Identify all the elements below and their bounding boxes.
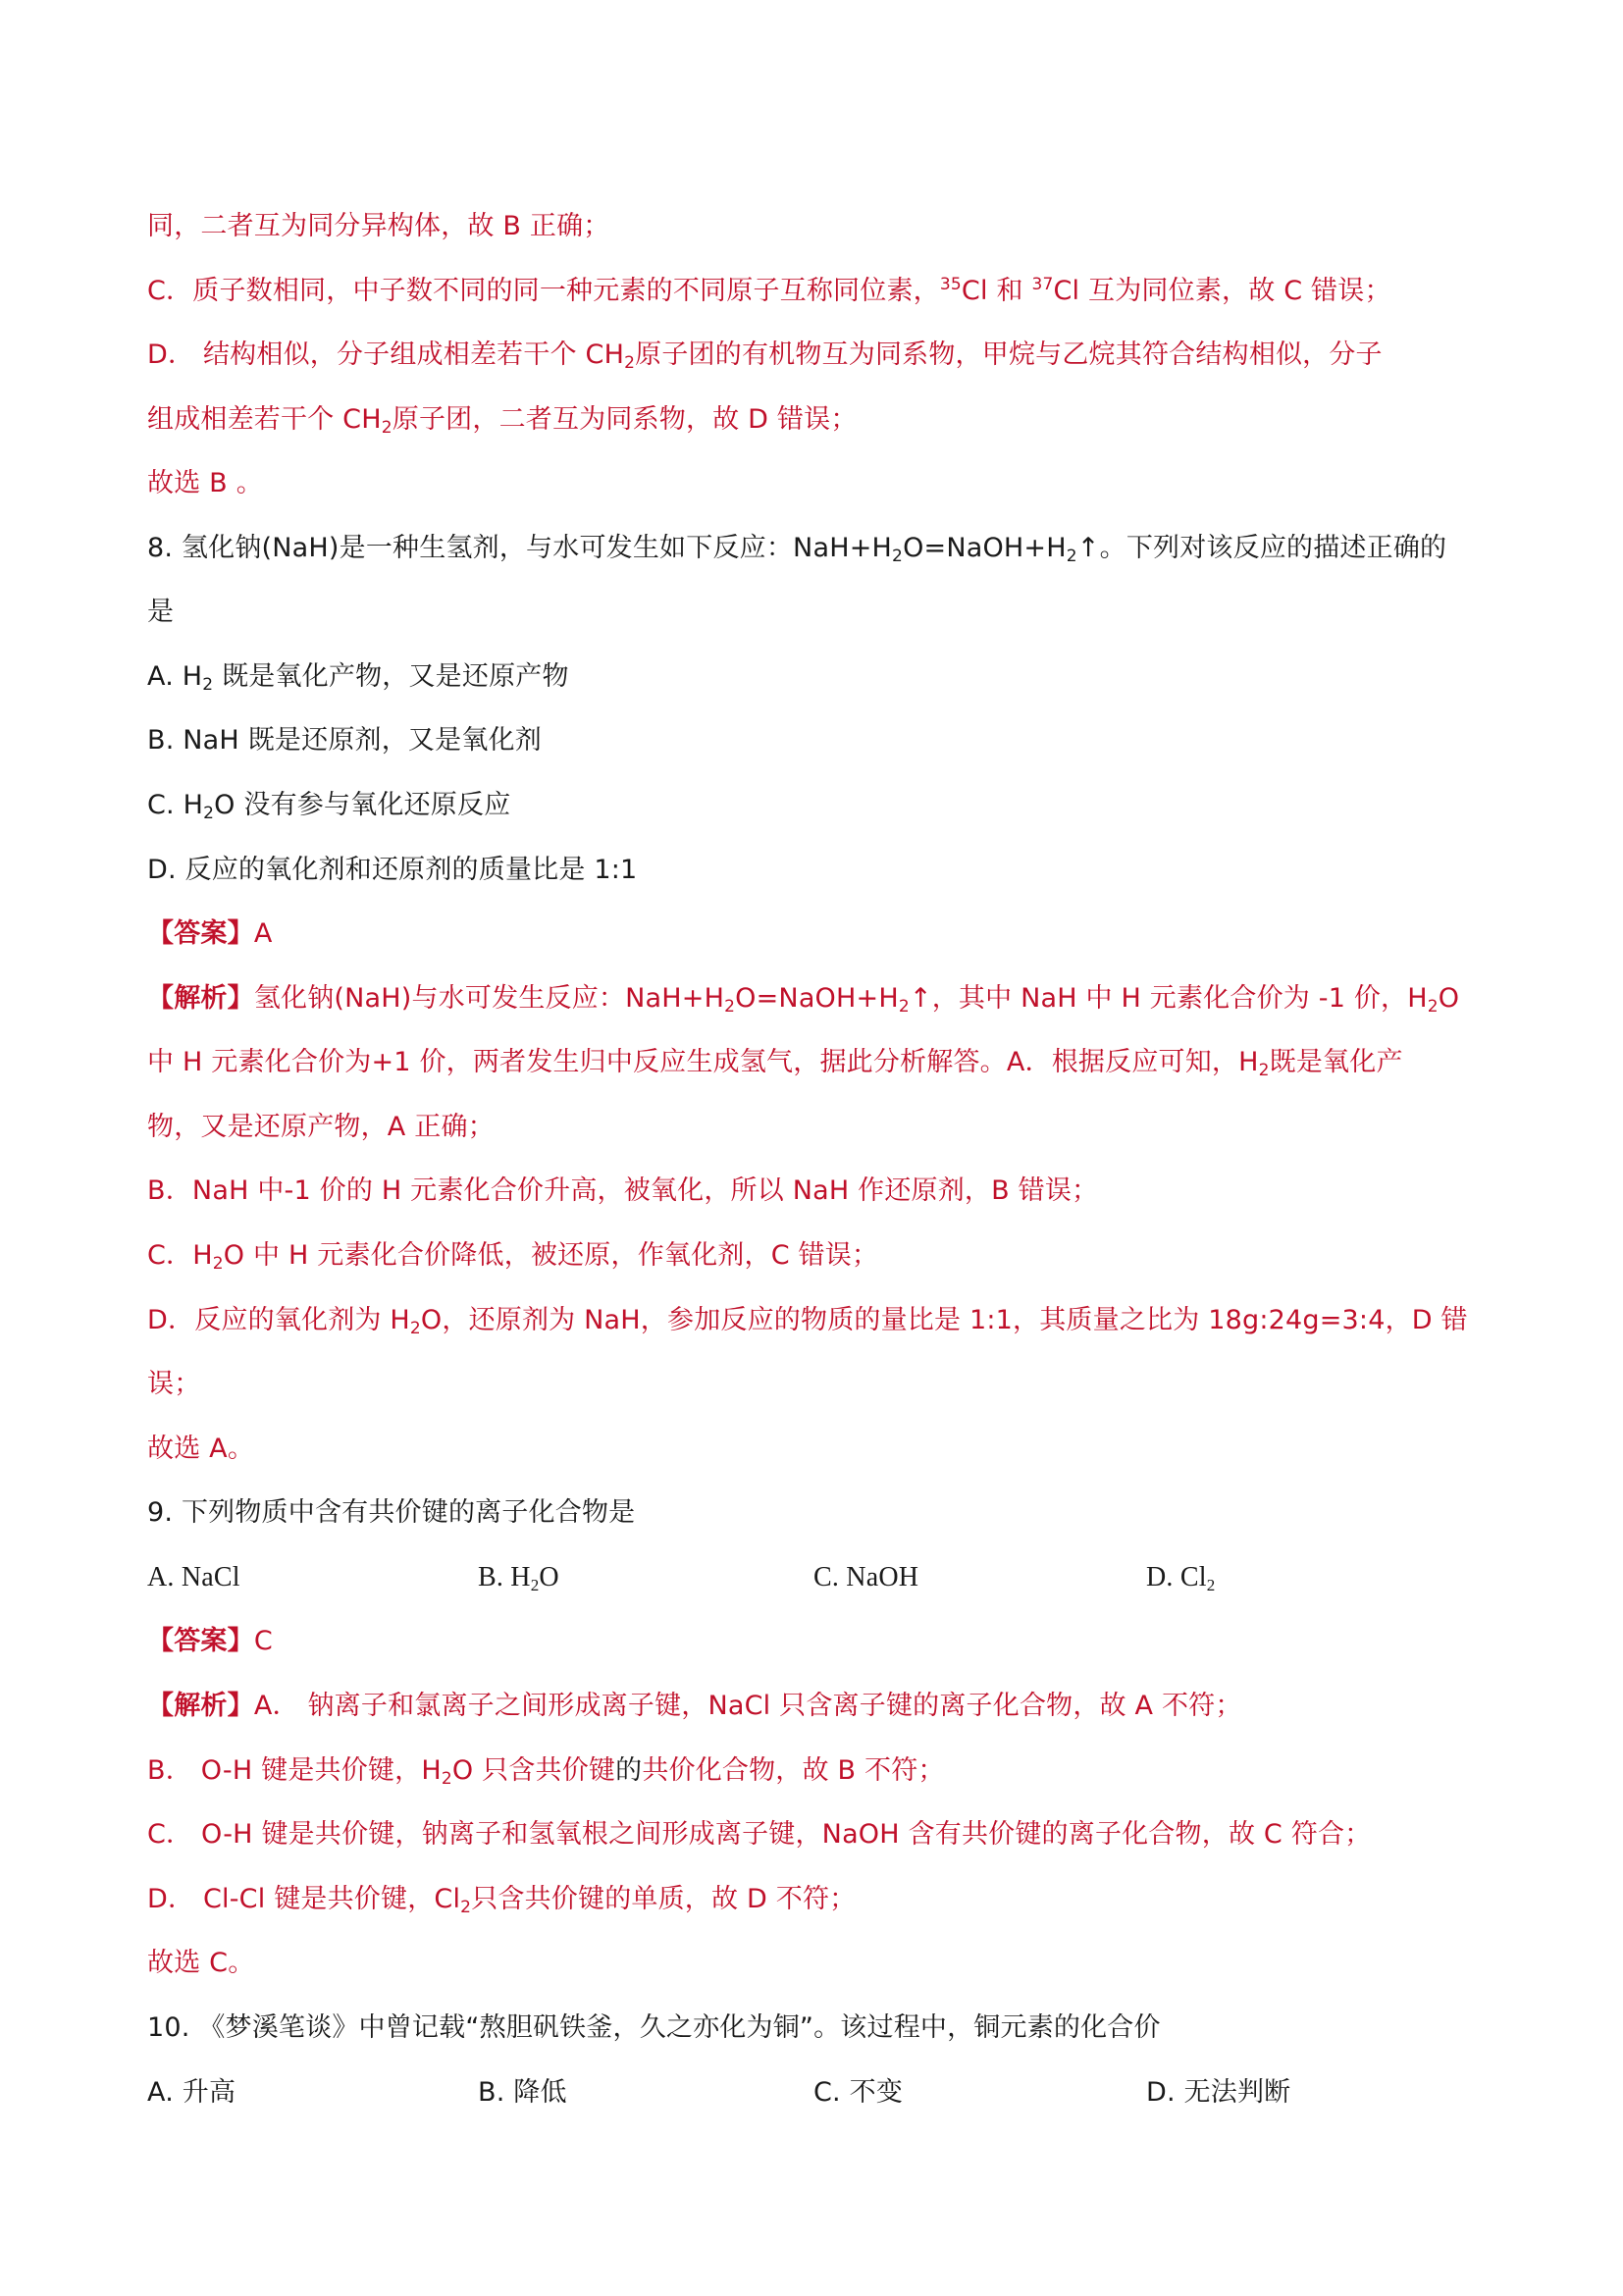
analysis-text: 既是氧化产 — [1270, 1047, 1403, 1077]
q7-text: 故选 B 。 — [147, 468, 263, 498]
q8-stem: 8. 氢化钠(NaH)是一种生氢剂，与水可发生如下反应：NaH+H2O=NaOH… — [147, 532, 1446, 565]
analysis-text: O — [1439, 983, 1459, 1014]
answer-label: 【答案】 — [147, 918, 254, 949]
q9-stem-text: 9. 下列物质中含有共价键的离子化合物是 — [147, 1497, 635, 1528]
q7-conclusion: 故选 B 。 — [147, 467, 263, 500]
analysis-text: 共价化合物，故 B 不符； — [642, 1755, 944, 1786]
analysis-text: O，还原剂为 NaH，参加反应的物质的量比是 1:1，其质量之比为 18g:24… — [421, 1305, 1468, 1335]
analysis-text: 故选 A。 — [147, 1434, 254, 1464]
subscript: 2 — [202, 675, 213, 695]
q8-option-b: B. NaH 既是还原剂，又是氧化剂 — [147, 724, 542, 757]
q10-options: A. 升高 B. 降低 C. 不变 D. 无法判断 — [0, 2076, 1623, 2110]
subscript: 2 — [1067, 547, 1077, 566]
q8-option-c: C. H2O 没有参与氧化还原反应 — [147, 789, 510, 822]
option-text: B. NaH 既是还原剂，又是氧化剂 — [147, 725, 542, 756]
q8-analysis-b: B．NaH 中-1 价的 H 元素化合价升高，被氧化，所以 NaH 作还原剂，B… — [147, 1174, 1098, 1208]
q9-options: A. NaCl B. H2O C. NaOH D. Cl2 — [0, 1561, 1623, 1594]
answer-value: C — [254, 1626, 273, 1656]
q7-option-c-explanation: C．质子数相同，中子数不同的同一种元素的不同原子互称同位素，35Cl 和 37C… — [147, 275, 1391, 308]
subscript: 2 — [724, 997, 735, 1017]
analysis-text: O 中 H 元素化合价降低，被还原，作氧化剂，C 错误； — [224, 1240, 878, 1271]
subscript: 2 — [410, 1319, 421, 1338]
analysis-text: O 只含共价键 — [452, 1755, 615, 1786]
q8-stem-text: O=NaOH+H — [903, 533, 1067, 563]
document-page: 同，二者互为同分异构体，故 B 正确； C．质子数相同，中子数不同的同一种元素的… — [0, 0, 1623, 2296]
q9-answer: 【答案】C — [147, 1625, 273, 1658]
q7-text: 组成相差若干个 CH — [147, 404, 382, 435]
subscript: 2 — [1259, 1061, 1270, 1080]
q10-stem: 10. 《梦溪笔谈》中曾记载“熬胆矾铁釜，久之亦化为铜”。该过程中，铜元素的化合… — [147, 2011, 1161, 2045]
analysis-text: ↑，其中 NaH 中 H 元素化合价为 -1 价，H — [910, 983, 1428, 1014]
q10-option-c: C. 不变 — [813, 2076, 903, 2110]
subscript: 2 — [624, 353, 635, 373]
q10-option-a: A. 升高 — [147, 2076, 236, 2110]
analysis-text: 中 H 元素化合价为+1 价，两者发生归中反应生成氢气，据此分析解答。A．根据反… — [147, 1047, 1259, 1077]
analysis-text: A． 钠离子和氯离子之间形成离子键，NaCl 只含离子键的离子化合物，故 A 不… — [254, 1691, 1242, 1721]
q9-analysis-c: C． O-H 键是共价键，钠离子和氢氧根之间形成离子键，NaOH 含有共价键的离… — [147, 1818, 1371, 1852]
q8-analysis-cont: 中 H 元素化合价为+1 价，两者发生归中反应生成氢气，据此分析解答。A．根据反… — [147, 1046, 1403, 1079]
q8-analysis-d-cont: 误； — [147, 1368, 200, 1401]
q8-conclusion: 故选 A。 — [147, 1433, 254, 1466]
q9-analysis-d: D． Cl-Cl 键是共价键，Cl2只含共价键的单质，故 D 不符； — [147, 1883, 856, 1916]
subscript: 2 — [213, 1254, 224, 1274]
q10-option-d: D. 无法判断 — [1146, 2076, 1290, 2110]
analysis-label: 【解析】 — [147, 983, 254, 1014]
q9-option-a: A. NaCl — [147, 1561, 240, 1594]
q7-option-d-explanation-cont: 组成相差若干个 CH2原子团，二者互为同系物，故 D 错误； — [147, 403, 858, 437]
q9-option-b: B. H2O — [478, 1561, 559, 1594]
isotope-mass: 35 — [940, 275, 962, 294]
analysis-text: O=NaOH+H — [735, 983, 899, 1014]
q8-option-d: D. 反应的氧化剂和还原剂的质量比是 1:1 — [147, 854, 637, 887]
analysis-text: 氢化钠(NaH)与水可发生反应：NaH+H — [254, 983, 724, 1014]
q8-answer: 【答案】A — [147, 917, 272, 951]
q8-stem-cont: 是 — [147, 596, 174, 629]
subscript: 2 — [382, 418, 393, 438]
q8-stem-text: 是 — [147, 597, 174, 627]
q10-option-b: B. 降低 — [478, 2076, 567, 2110]
option-text: A. H — [147, 661, 202, 692]
q9-analysis: 【解析】A． 钠离子和氯离子之间形成离子键，NaCl 只含离子键的离子化合物，故… — [147, 1690, 1242, 1723]
option-text: O 没有参与氧化还原反应 — [214, 790, 510, 820]
subscript: 2 — [460, 1898, 471, 1917]
option-text: 既是氧化产物，又是还原产物 — [213, 661, 568, 692]
q8-analysis-a: 物，又是还原产物，A 正确； — [147, 1111, 495, 1144]
q8-analysis-d: D．反应的氧化剂为 H2O，还原剂为 NaH，参加反应的物质的量比是 1:1，其… — [147, 1304, 1468, 1337]
q7-text: D． 结构相似，分子组成相差若干个 CH — [147, 339, 624, 370]
q9-option-d: D. Cl2 — [1146, 1561, 1215, 1594]
subscript: 2 — [1207, 1576, 1216, 1594]
analysis-text: 物，又是还原产物，A 正确； — [147, 1112, 495, 1142]
subscript: 2 — [892, 547, 903, 566]
q8-stem-text: ↑。下列对该反应的描述正确的 — [1077, 533, 1446, 563]
q10-stem-text: 10. 《梦溪笔谈》中曾记载“熬胆矾铁釜，久之亦化为铜”。该过程中，铜元素的化合… — [147, 2012, 1161, 2043]
q8-analysis-c: C．H2O 中 H 元素化合价降低，被还原，作氧化剂，C 错误； — [147, 1239, 878, 1273]
option-text: D. Cl — [1146, 1562, 1207, 1592]
q9-option-c: C. NaOH — [813, 1561, 918, 1594]
analysis-text: B． O-H 键是共价键，H — [147, 1755, 442, 1786]
analysis-text: 只含共价键的单质，故 D 不符； — [471, 1884, 856, 1914]
q8-option-a: A. H2 既是氧化产物，又是还原产物 — [147, 660, 569, 694]
q9-analysis-b: B． O-H 键是共价键，H2O 只含共价键的共价化合物，故 B 不符； — [147, 1754, 945, 1788]
analysis-label: 【解析】 — [147, 1691, 254, 1721]
option-text: O — [539, 1562, 558, 1592]
q7-text: Cl 互为同位素，故 C 错误； — [1053, 276, 1390, 306]
analysis-text: 误； — [147, 1369, 200, 1399]
q7-text: 原子团，二者互为同系物，故 D 错误； — [393, 404, 858, 435]
subscript: 2 — [1428, 997, 1439, 1017]
q9-stem: 9. 下列物质中含有共价键的离子化合物是 — [147, 1496, 635, 1530]
analysis-text: 故选 C。 — [147, 1948, 254, 1978]
q7-text: 原子团的有机物互为同系物，甲烷与乙烷其符合结构相似，分子 — [635, 339, 1383, 370]
analysis-text: D．反应的氧化剂为 H — [147, 1305, 410, 1335]
analysis-text-black: 的 — [615, 1755, 642, 1786]
option-text: D. 反应的氧化剂和还原剂的质量比是 1:1 — [147, 855, 637, 885]
q7-explanation-line: 同，二者互为同分异构体，故 B 正确； — [147, 210, 610, 243]
subscript: 2 — [203, 804, 214, 823]
answer-value: A — [254, 918, 273, 949]
q8-stem-text: 8. 氢化钠(NaH)是一种生氢剂，与水可发生如下反应：NaH+H — [147, 533, 892, 563]
isotope-mass: 37 — [1031, 275, 1053, 294]
q7-text: C．质子数相同，中子数不同的同一种元素的不同原子互称同位素， — [147, 276, 940, 306]
answer-label: 【答案】 — [147, 1626, 254, 1656]
q7-text: 同，二者互为同分异构体，故 B 正确； — [147, 211, 610, 241]
q7-option-d-explanation: D． 结构相似，分子组成相差若干个 CH2原子团的有机物互为同系物，甲烷与乙烷其… — [147, 339, 1383, 372]
q9-conclusion: 故选 C。 — [147, 1947, 254, 1980]
option-text: C. H — [147, 790, 203, 820]
analysis-text: C．H — [147, 1240, 213, 1271]
subscript: 2 — [899, 997, 910, 1017]
analysis-text: D． Cl-Cl 键是共价键，Cl — [147, 1884, 460, 1914]
q7-text: Cl 和 — [962, 276, 1032, 306]
analysis-text: B．NaH 中-1 价的 H 元素化合价升高，被氧化，所以 NaH 作还原剂，B… — [147, 1175, 1098, 1206]
option-text: B. H — [478, 1562, 531, 1592]
q8-analysis: 【解析】氢化钠(NaH)与水可发生反应：NaH+H2O=NaOH+H2↑，其中 … — [147, 982, 1459, 1016]
analysis-text: C． O-H 键是共价键，钠离子和氢氧根之间形成离子键，NaOH 含有共价键的离… — [147, 1819, 1371, 1850]
subscript: 2 — [442, 1769, 452, 1789]
